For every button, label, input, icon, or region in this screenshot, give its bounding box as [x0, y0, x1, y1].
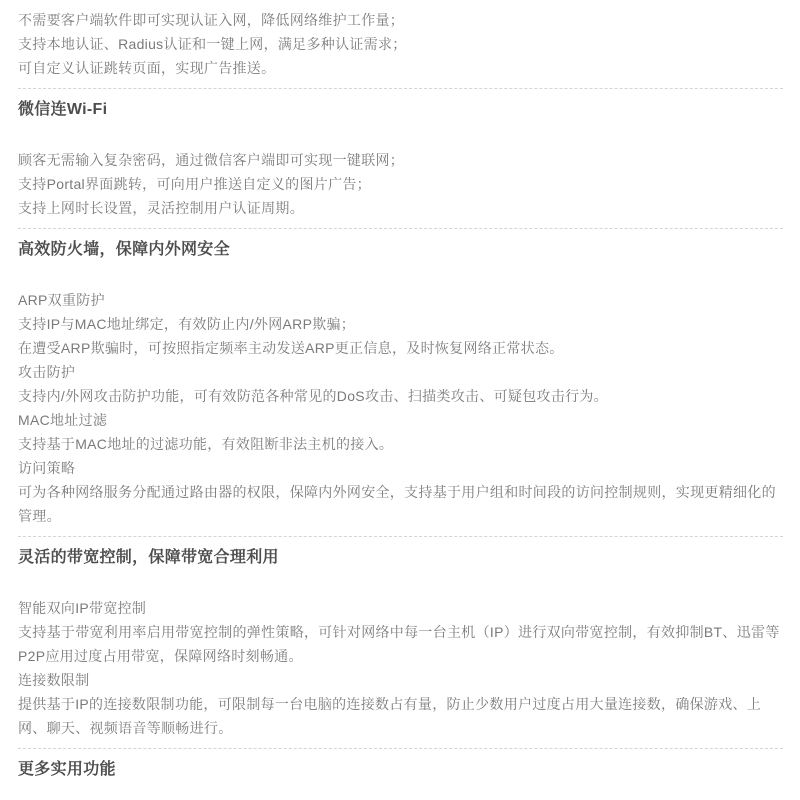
paragraph-line: 管理。 [18, 504, 783, 528]
paragraph-line: 支持内/外网攻击防护功能，可有效防范各种常见的DoS攻击、扫描类攻击、可疑包攻击… [18, 384, 783, 408]
section-more-features: 更多实用功能 [18, 760, 783, 780]
section-heading: 高效防火墙，保障内外网安全 [18, 240, 783, 260]
section-heading: 更多实用功能 [18, 760, 783, 780]
section-divider [18, 748, 783, 749]
section-firewall: 高效防火墙，保障内外网安全 ARP双重防护支持IP与MAC地址绑定，有效防止内/… [18, 240, 783, 537]
paragraph-line: 连接数限制 [18, 668, 783, 692]
paragraph-line: 可为各种网络服务分配通过路由器的权限，保障内外网安全，支持基于用户组和时间段的访… [18, 480, 783, 504]
paragraph-line: 网、聊天、视频语音等顺畅进行。 [18, 716, 783, 740]
section-divider [18, 228, 783, 229]
paragraph-line: 提供基于IP的连接数限制功能，可限制每一台电脑的连接数占有量，防止少数用户过度占… [18, 692, 783, 716]
product-feature-page: 不需要客户端软件即可实现认证入网，降低网络维护工作量；支持本地认证、Radius… [0, 0, 800, 800]
paragraph-line: 访问策略 [18, 456, 783, 480]
sections-container: 不需要客户端软件即可实现认证入网，降低网络维护工作量；支持本地认证、Radius… [18, 8, 783, 780]
section-portal-auth-tail: 不需要客户端软件即可实现认证入网，降低网络维护工作量；支持本地认证、Radius… [18, 8, 783, 89]
section-divider [18, 88, 783, 89]
paragraph-line: 支持基于MAC地址的过滤功能，有效阻断非法主机的接入。 [18, 432, 783, 456]
paragraph-line: 顾客无需输入复杂密码，通过微信客户端即可实现一键联网； [18, 148, 783, 172]
section-bandwidth-control: 灵活的带宽控制，保障带宽合理利用 智能双向IP带宽控制支持基于带宽利用率启用带宽… [18, 548, 783, 749]
paragraph-line: 智能双向IP带宽控制 [18, 596, 783, 620]
paragraph-line: 在遭受ARP欺骗时，可按照指定频率主动发送ARP更正信息，及时恢复网络正常状态。 [18, 336, 783, 360]
paragraph-line: 支持IP与MAC地址绑定，有效防止内/外网ARP欺骗； [18, 312, 783, 336]
section-heading: 灵活的带宽控制，保障带宽合理利用 [18, 548, 783, 568]
section-heading: 微信连Wi-Fi [18, 100, 783, 120]
paragraph-line: P2P应用过度占用带宽，保障网络时刻畅通。 [18, 644, 783, 668]
section-paragraph: 智能双向IP带宽控制支持基于带宽利用率启用带宽控制的弹性策略，可针对网络中每一台… [18, 596, 783, 740]
paragraph-line: ARP双重防护 [18, 288, 783, 312]
paragraph-line: 支持本地认证、Radius认证和一键上网，满足多种认证需求； [18, 32, 783, 56]
paragraph-line: 支持上网时长设置，灵活控制用户认证周期。 [18, 196, 783, 220]
paragraph-line: 支持基于带宽利用率启用带宽控制的弹性策略，可针对网络中每一台主机（IP）进行双向… [18, 620, 783, 644]
paragraph-line: 支持Portal界面跳转，可向用户推送自定义的图片广告； [18, 172, 783, 196]
section-paragraph: ARP双重防护支持IP与MAC地址绑定，有效防止内/外网ARP欺骗；在遭受ARP… [18, 288, 783, 528]
paragraph-line: 不需要客户端软件即可实现认证入网，降低网络维护工作量； [18, 8, 783, 32]
section-wechat-wifi: 微信连Wi-Fi 顾客无需输入复杂密码，通过微信客户端即可实现一键联网；支持Po… [18, 100, 783, 229]
section-paragraph: 不需要客户端软件即可实现认证入网，降低网络维护工作量；支持本地认证、Radius… [18, 8, 783, 80]
section-divider [18, 536, 783, 537]
paragraph-line: 攻击防护 [18, 360, 783, 384]
section-paragraph: 顾客无需输入复杂密码，通过微信客户端即可实现一键联网；支持Portal界面跳转，… [18, 148, 783, 220]
paragraph-line: MAC地址过滤 [18, 408, 783, 432]
paragraph-line: 可自定义认证跳转页面，实现广告推送。 [18, 56, 783, 80]
